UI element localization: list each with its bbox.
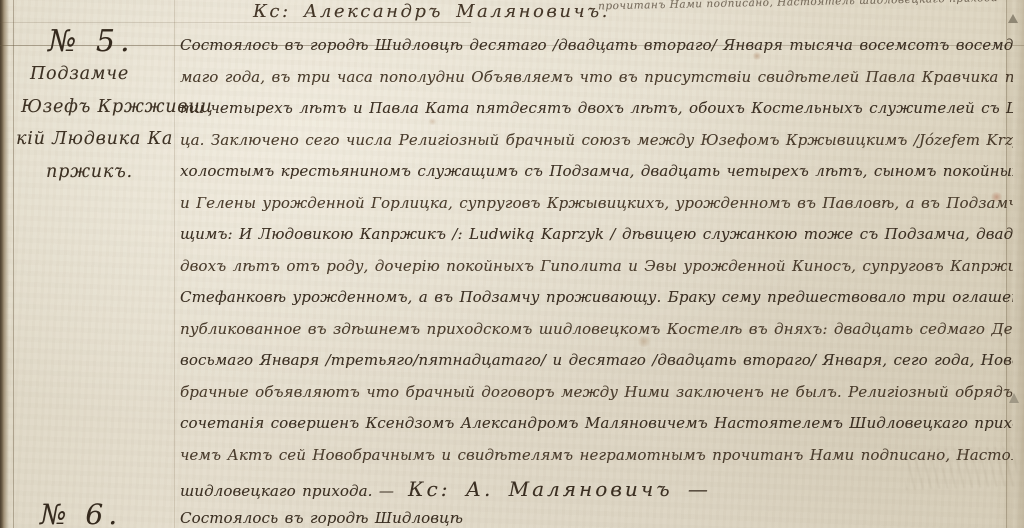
ruled-line-faint [0,22,471,23]
body-line-text: шидловецкаго прихода. — [180,482,394,500]
binding-line [13,0,14,528]
body-line: двохъ лѣтъ отъ роду, дочерію покойныхъ Г… [180,257,1013,275]
body-line: брачные объявляютъ что брачный договоръ … [180,383,1013,401]
body-line: ти четырехъ лѣтъ и Павла Ката пятдесятъ … [180,99,1013,117]
register-page-scan: прочитанъ Нами подписано, Настоятель шид… [0,0,1024,528]
previous-record-signature: Кс: Александръ Маляновичъ. [253,1,610,22]
body-line: публикованное въ здѣшнемъ приходскомъ ши… [180,320,1013,338]
body-line-with-signature: шидловецкаго прихода. —Кс: А. Маляновичъ… [180,477,1013,501]
body-line: маго года, въ три часа пополудни Объявля… [180,68,1013,86]
margin-record-number: № 5. [48,24,135,59]
body-line: чемъ Актъ сей Новобрачнымъ и свидѣтелямъ… [180,446,1013,464]
next-record-first-line: Состоялось въ городѣ Шидловцѣ [180,509,1013,527]
paper-fold-mark [1008,14,1018,23]
paper-stain [428,118,437,125]
body-line: и Гелены урожденной Горлицка, супруговъ … [180,194,1013,212]
body-line: восьмаго Января /третьяго/пятнадцатаго/ … [180,351,1013,369]
body-line: холостымъ крестьяниномъ служащимъ съ Под… [180,162,1013,180]
margin-column-divider [174,0,175,528]
margin-name-continuation: пржикъ. [46,162,133,182]
page-edge-left [0,0,9,528]
margin-bride-name: кій Людвика Ка [16,129,173,149]
body-line: Состоялось въ городѣ Шидловцѣ десятаго /… [180,36,1013,54]
priest-signature: Кс: А. Маляновичъ — [408,477,711,501]
body-line: Стефанковѣ урожденномъ, а въ Подзамчу пр… [180,288,1013,306]
body-line: щимъ: И Людовикою Капржикъ /: Ludwiką Ka… [180,225,1013,243]
margin-record-number-next: № 6. [40,498,122,528]
margin-place-name: Подзамче [30,64,129,84]
top-edge-text-fragment: прочитанъ Нами подписано, Настоятель шид… [598,0,1012,12]
body-line: сочетанія совершенъ Ксендзомъ Александро… [180,414,1013,432]
body-line: ца. Заключено сего числа Религіозный бра… [180,131,1013,149]
